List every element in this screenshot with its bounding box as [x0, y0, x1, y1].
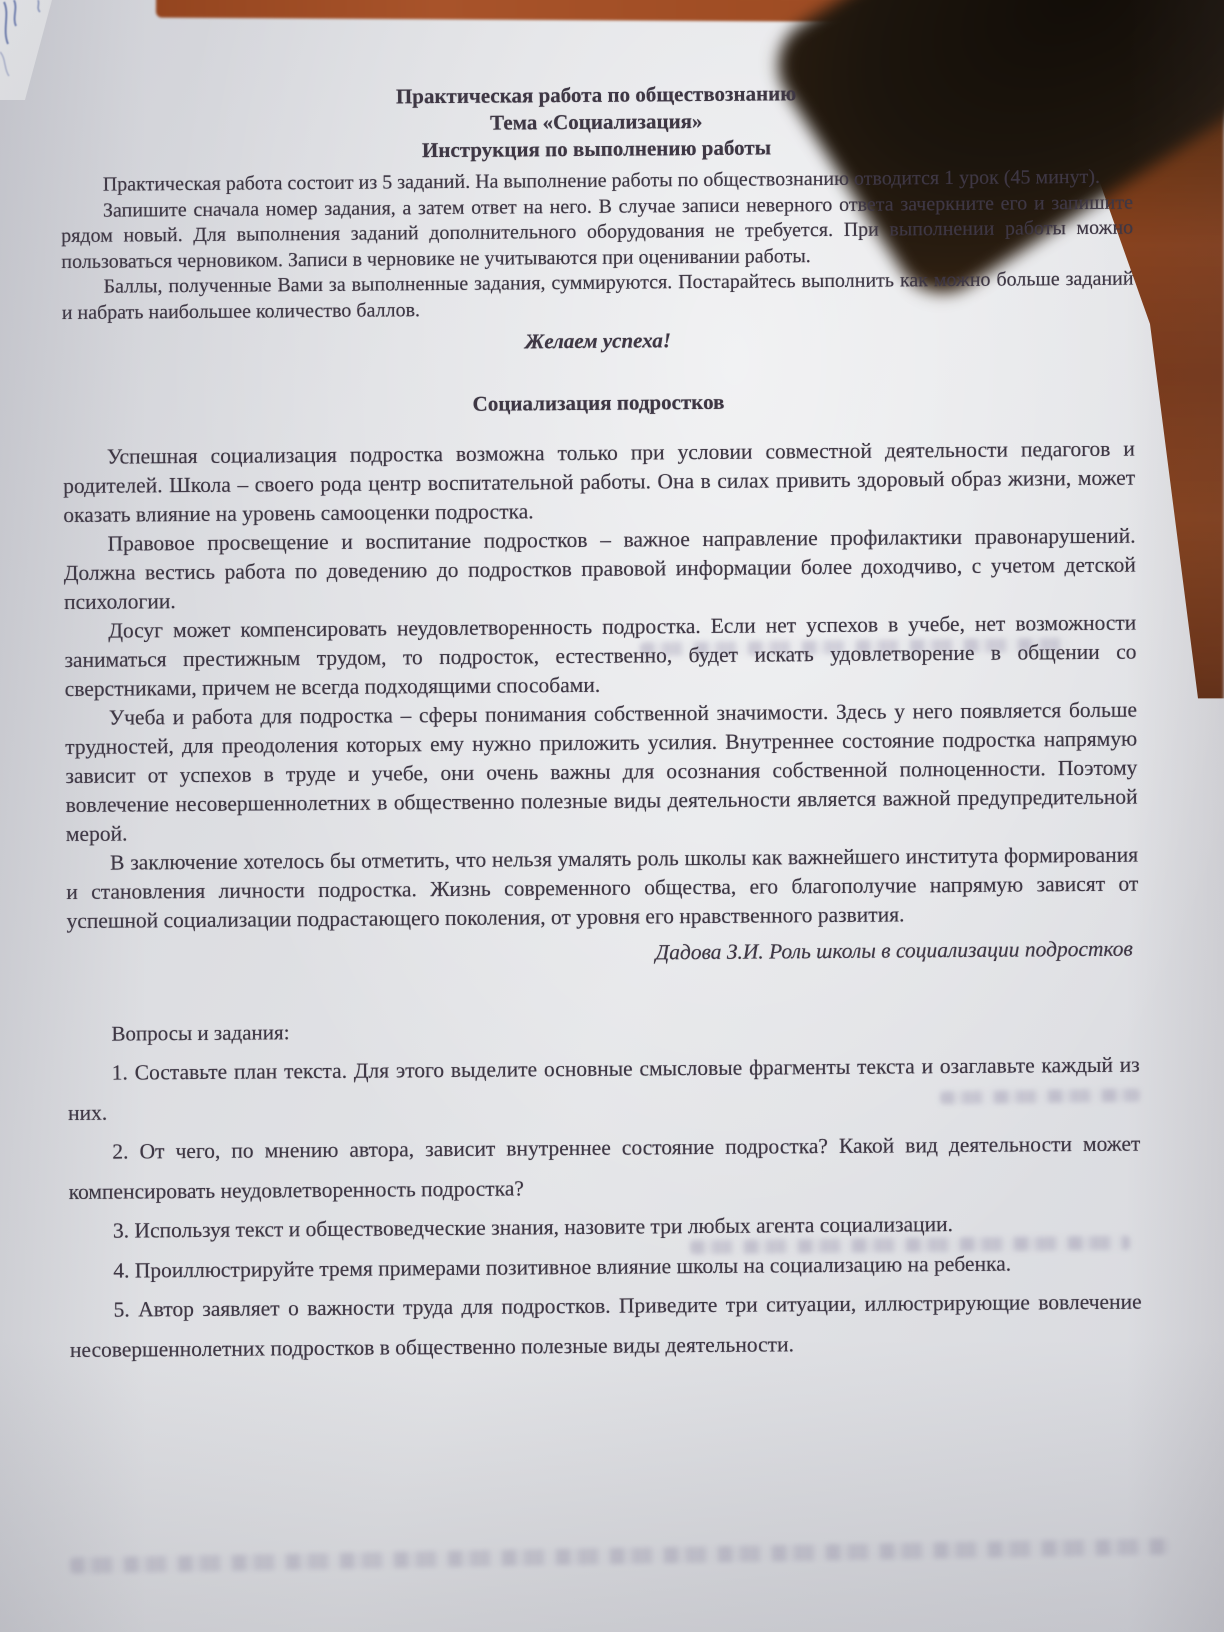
question-number: 1. [112, 1060, 128, 1084]
body-paragraph: Учеба и работа для подростка – сферы пон… [65, 696, 1138, 849]
worksheet-page: Практическая работа по обществознанию Те… [60, 78, 1142, 1370]
questions-list: 1. Составьте план текста. Для этого выде… [68, 1046, 1142, 1370]
question-item: 5. Автор заявляет о важности труда для п… [69, 1283, 1142, 1370]
body-paragraph: Правовое просвещение и воспитание подрос… [63, 522, 1136, 617]
source-citation: Дадова З.И. Роль школы в социализации по… [67, 935, 1133, 972]
question-number: 5. [114, 1297, 130, 1321]
question-text: Проиллюстрируйте тремя примерами позитив… [135, 1251, 1011, 1282]
instruction-paragraph: Запишите сначала номер задания, а затем … [61, 190, 1134, 275]
question-text: Автор заявляет о важности труда для подр… [70, 1290, 1142, 1362]
reading-text: Успешная социализация подростка возможна… [63, 435, 1139, 936]
photographed-worksheet: Практическая работа по обществознанию Те… [0, 0, 1224, 1632]
question-text: Используя текст и обществоведческие знан… [134, 1212, 953, 1242]
ink-bleed-through [70, 1538, 1170, 1573]
question-number: 2. [112, 1139, 128, 1163]
success-wish: Желаем успеха! [62, 325, 1134, 358]
body-paragraph: В заключение хотелось бы отметить, что н… [66, 841, 1139, 936]
question-item: 2. От чего, по мнению автора, зависит вн… [68, 1125, 1141, 1212]
question-number: 3. [113, 1218, 129, 1242]
instruction-paragraph: Баллы, полученные Вами за выполненные за… [61, 267, 1133, 326]
instructions-block: Практическая работа состоит из 5 заданий… [61, 165, 1134, 326]
question-number: 4. [113, 1258, 129, 1282]
question-text: От чего, по мнению автора, зависит внутр… [69, 1132, 1141, 1204]
question-item: 1. Составьте план текста. Для этого выде… [68, 1046, 1141, 1133]
section-title: Социализация подростков [62, 387, 1134, 420]
body-paragraph: Успешная социализация подростка возможна… [63, 435, 1136, 530]
body-paragraph: Досуг может компенсировать неудовлетворе… [64, 609, 1137, 704]
question-text: Составьте план текста. Для этого выделит… [68, 1053, 1140, 1125]
